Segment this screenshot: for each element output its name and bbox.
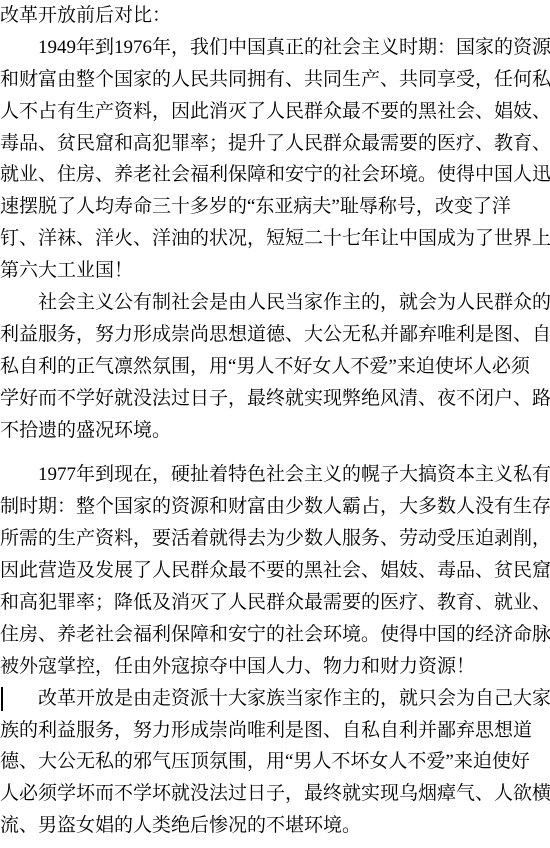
document-title-line[interactable]: 改革开放前后对比： xyxy=(0,0,550,32)
text-line[interactable]: 人必须学坏而不学坏就没法过日子，最终就实现乌烟瘴气、人欲横 xyxy=(0,778,550,810)
text-line[interactable]: 人不占有生产资料，因此消灭了人民群众最不要的黑社会、娼妓、 xyxy=(0,96,550,128)
text-line[interactable]: 钉、洋袜、洋火、洋油的状况，短短二十七年让中国成为了世界上 xyxy=(0,223,550,255)
text-line[interactable]: 和高犯罪率；降低及消灭了人民群众最需要的医疗、教育、就业、 xyxy=(0,587,550,619)
text-line[interactable]: 1949年到1976年，我们中国真正的社会主义时期：国家的资源 xyxy=(0,32,550,64)
text-line[interactable]: 学好而不学好就没法过日子，最终就实现弊绝风清、夜不闭户、路 xyxy=(0,383,550,415)
text-line[interactable]: 改革开放是由走资派十大家族当家作主的，就只会为自己大家 xyxy=(0,683,550,715)
text-line[interactable]: 不拾遗的盛况环境。 xyxy=(0,415,550,447)
text-line[interactable]: 住房、养老社会福利保障和安宁的社会环境。使得中国的经济命脉 xyxy=(0,619,550,651)
blank-line[interactable] xyxy=(0,446,550,459)
text-line[interactable]: 速摆脱了人均寿命三十多岁的“东亚病夫”耻辱称号，改变了洋 xyxy=(0,191,550,223)
text-line[interactable]: 所需的生产资料，要活着就得去为少数人服务、劳动受压迫剥削， xyxy=(0,523,550,555)
text-line[interactable]: 利益服务，努力形成崇尚思想道德、大公无私并鄙弃唯利是图、自 xyxy=(0,319,550,351)
text-line[interactable]: 德、大公无私的邪气压顶氛围，用“男人不坏女人不爱”来迫使好 xyxy=(0,746,550,778)
text-line[interactable]: 毒品、贫民窟和高犯罪率；提升了人民群众最需要的医疗、教育、 xyxy=(0,128,550,160)
document-page[interactable]: 改革开放前后对比： 1949年到1976年，我们中国真正的社会主义时期：国家的资… xyxy=(0,0,550,848)
text-line[interactable]: 1977年到现在，硬扯着特色社会主义的幌子大搞资本主义私有 xyxy=(0,459,550,491)
text-line[interactable]: 和财富由整个国家的人民共同拥有、共同生产、共同享受，任何私 xyxy=(0,64,550,96)
text-line[interactable]: 社会主义公有制社会是由人民当家作主的，就会为人民群众的 xyxy=(0,287,550,319)
text-cursor xyxy=(1,687,3,711)
text-line[interactable]: 被外寇掌控，任由外寇掠夺中国人力、物力和财力资源！ xyxy=(0,651,550,683)
text-line[interactable]: 制时期：整个国家的资源和财富由少数人霸占，大多数人没有生存 xyxy=(0,491,550,523)
text-line[interactable]: 就业、住房、养老社会福利保障和安宁的社会环境。使得中国人迅 xyxy=(0,159,550,191)
text-line[interactable]: 私自利的正气凛然氛围，用“男人不好女人不爱”来迫使坏人必须 xyxy=(0,351,550,383)
text-line[interactable]: 流、男盗女娼的人类绝后惨况的不堪环境。 xyxy=(0,810,550,842)
text-line[interactable]: 族的利益服务，努力形成崇尚唯利是图、自私自利并鄙弃思想道 xyxy=(0,715,550,747)
text-line[interactable]: 因此营造及发展了人民群众最不要的黑社会、娼妓、毒品、贫民窟 xyxy=(0,555,550,587)
text-line[interactable]: 第六大工业国！ xyxy=(0,255,550,287)
